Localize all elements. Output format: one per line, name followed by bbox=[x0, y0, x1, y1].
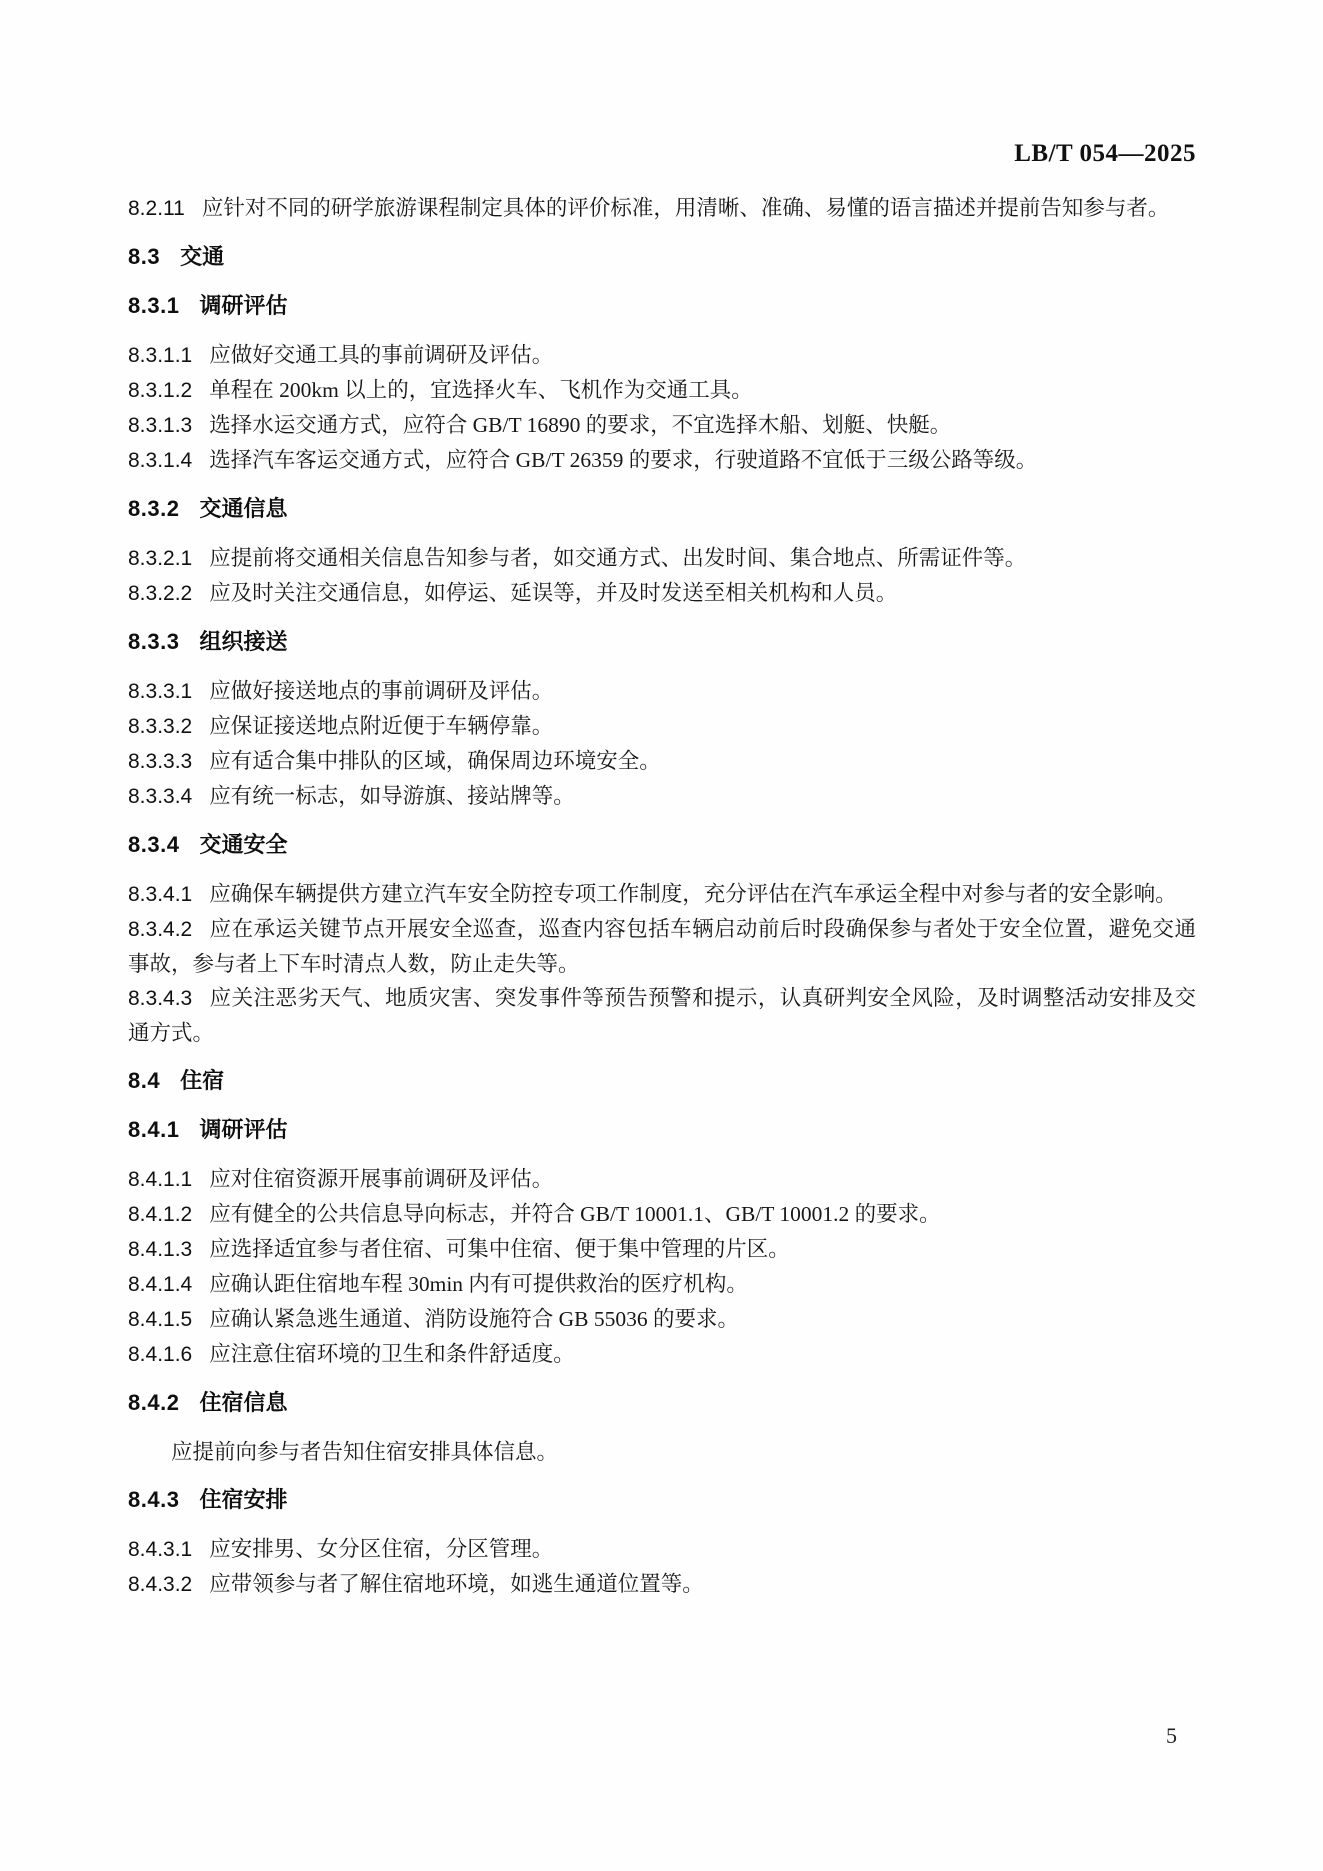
clause-text: 应选择适宜参与者住宿、可集中住宿、便于集中管理的片区。 bbox=[209, 1237, 790, 1261]
clause-number: 8.4.1.6 bbox=[128, 1343, 192, 1366]
heading-title: 调研评估 bbox=[199, 293, 287, 318]
clause-number: 8.4.1.3 bbox=[128, 1238, 192, 1261]
section-heading-8-4-1: 8.4.1调研评估 bbox=[128, 1113, 1196, 1147]
clause-8-3-2-2: 8.3.2.2应及时关注交通信息，如停运、延误等，并及时发送至相关机构和人员。 bbox=[128, 576, 1196, 611]
heading-title: 交通安全 bbox=[199, 832, 287, 857]
clause-number: 8.3.4.2 bbox=[128, 918, 192, 941]
clause-text: 应做好接送地点的事前调研及评估。 bbox=[209, 679, 553, 703]
clause-8-3-3-3: 8.3.3.3应有适合集中排队的区域，确保周边环境安全。 bbox=[128, 744, 1196, 779]
clause-number: 8.4.1.1 bbox=[128, 1168, 192, 1191]
document-body: 8.2.11应针对不同的研学旅游课程制定具体的评价标准，用清晰、准确、易懂的语言… bbox=[0, 167, 1323, 1602]
clause-number: 8.3.3.2 bbox=[128, 715, 192, 738]
clause-text: 应保证接送地点附近便于车辆停靠。 bbox=[209, 714, 553, 738]
section-heading-8-4-2: 8.4.2住宿信息 bbox=[128, 1386, 1196, 1420]
clause-text: 应有适合集中排队的区域，确保周边环境安全。 bbox=[209, 749, 661, 773]
heading-number: 8.4.1 bbox=[128, 1117, 179, 1142]
heading-number: 8.4.2 bbox=[128, 1390, 179, 1415]
heading-title: 调研评估 bbox=[199, 1117, 287, 1142]
document-page: LB/T 054—2025 8.2.11应针对不同的研学旅游课程制定具体的评价标… bbox=[0, 0, 1323, 1871]
clause-8-3-1-4: 8.3.1.4选择汽车客运交通方式，应符合 GB/T 26359 的要求，行驶道… bbox=[128, 443, 1196, 478]
heading-number: 8.3.1 bbox=[128, 293, 179, 318]
clause-8-4-1-3: 8.4.1.3应选择适宜参与者住宿、可集中住宿、便于集中管理的片区。 bbox=[128, 1232, 1196, 1267]
section-heading-8-3-3: 8.3.3组织接送 bbox=[128, 625, 1196, 659]
section-heading-8-4: 8.4住宿 bbox=[128, 1064, 1196, 1098]
clause-8-4-1-5: 8.4.1.5应确认紧急逃生通道、消防设施符合 GB 55036 的要求。 bbox=[128, 1302, 1196, 1337]
clause-8-2-11: 8.2.11应针对不同的研学旅游课程制定具体的评价标准，用清晰、准确、易懂的语言… bbox=[128, 191, 1196, 226]
heading-number: 8.3.4 bbox=[128, 832, 179, 857]
clause-text: 应及时关注交通信息，如停运、延误等，并及时发送至相关机构和人员。 bbox=[209, 581, 897, 605]
heading-title: 交通信息 bbox=[199, 496, 287, 521]
clause-text: 单程在 200km 以上的，宜选择火车、飞机作为交通工具。 bbox=[209, 378, 752, 402]
clause-8-4-1-2: 8.4.1.2应有健全的公共信息导向标志，并符合 GB/T 10001.1、GB… bbox=[128, 1197, 1196, 1232]
heading-number: 8.3.2 bbox=[128, 496, 179, 521]
heading-number: 8.3 bbox=[128, 244, 160, 269]
clause-number: 8.4.3.1 bbox=[128, 1538, 192, 1561]
clause-8-4-3-2: 8.4.3.2应带领参与者了解住宿地环境，如逃生通道位置等。 bbox=[128, 1567, 1196, 1602]
section-heading-8-3-4: 8.3.4交通安全 bbox=[128, 828, 1196, 862]
clause-text: 应关注恶劣天气、地质灾害、突发事件等预告预警和提示，认真研判安全风险，及时调整活… bbox=[128, 986, 1196, 1045]
clause-8-3-1-1: 8.3.1.1应做好交通工具的事前调研及评估。 bbox=[128, 338, 1196, 373]
clause-number: 8.3.1.1 bbox=[128, 344, 192, 367]
clause-number: 8.4.1.4 bbox=[128, 1273, 192, 1296]
clause-number: 8.3.4.1 bbox=[128, 883, 192, 906]
heading-number: 8.4.3 bbox=[128, 1487, 179, 1512]
clause-8-3-2-1: 8.3.2.1应提前将交通相关信息告知参与者，如交通方式、出发时间、集合地点、所… bbox=[128, 541, 1196, 576]
clause-8-4-3-1: 8.4.3.1应安排男、女分区住宿，分区管理。 bbox=[128, 1532, 1196, 1567]
clause-8-3-3-2: 8.3.3.2应保证接送地点附近便于车辆停靠。 bbox=[128, 709, 1196, 744]
heading-number: 8.4 bbox=[128, 1068, 160, 1093]
clause-text: 应确保车辆提供方建立汽车安全防控专项工作制度，充分评估在汽车承运全程中对参与者的… bbox=[209, 882, 1177, 906]
heading-title: 组织接送 bbox=[199, 629, 287, 654]
clause-number: 8.3.3.3 bbox=[128, 750, 192, 773]
page-number: 5 bbox=[1166, 1722, 1177, 1750]
clause-text: 应提前将交通相关信息告知参与者，如交通方式、出发时间、集合地点、所需证件等。 bbox=[209, 546, 1026, 570]
clause-number: 8.3.1.3 bbox=[128, 414, 192, 437]
clause-8-4-1-1: 8.4.1.1应对住宿资源开展事前调研及评估。 bbox=[128, 1162, 1196, 1197]
clause-text: 应有统一标志，如导游旗、接站牌等。 bbox=[209, 784, 575, 808]
section-heading-8-3-1: 8.3.1调研评估 bbox=[128, 289, 1196, 323]
clause-text: 应确认紧急逃生通道、消防设施符合 GB 55036 的要求。 bbox=[209, 1307, 739, 1331]
clause-text: 选择汽车客运交通方式，应符合 GB/T 26359 的要求，行驶道路不宜低于三级… bbox=[209, 448, 1037, 472]
clause-8-3-1-2: 8.3.1.2单程在 200km 以上的，宜选择火车、飞机作为交通工具。 bbox=[128, 373, 1196, 408]
clause-text: 应在承运关键节点开展安全巡查，巡查内容包括车辆启动前后时段确保参与者处于安全位置… bbox=[128, 917, 1196, 976]
clause-8-3-3-4: 8.3.3.4应有统一标志，如导游旗、接站牌等。 bbox=[128, 779, 1196, 814]
clause-number: 8.4.1.2 bbox=[128, 1203, 192, 1226]
clause-text: 应确认距住宿地车程 30min 内有可提供救治的医疗机构。 bbox=[209, 1272, 748, 1296]
clause-number: 8.3.3.4 bbox=[128, 785, 192, 808]
clause-8-4-1-6: 8.4.1.6应注意住宿环境的卫生和条件舒适度。 bbox=[128, 1337, 1196, 1372]
clause-8-3-4-1: 8.3.4.1应确保车辆提供方建立汽车安全防控专项工作制度，充分评估在汽车承运全… bbox=[128, 877, 1196, 912]
clause-text: 应针对不同的研学旅游课程制定具体的评价标准，用清晰、准确、易懂的语言描述并提前告… bbox=[202, 196, 1170, 220]
clause-number: 8.2.11 bbox=[128, 197, 185, 220]
section-heading-8-3-2: 8.3.2交通信息 bbox=[128, 492, 1196, 526]
clause-number: 8.3.3.1 bbox=[128, 680, 192, 703]
clause-text: 应带领参与者了解住宿地环境，如逃生通道位置等。 bbox=[209, 1572, 704, 1596]
clause-number: 8.3.2.2 bbox=[128, 582, 192, 605]
clause-text: 应有健全的公共信息导向标志，并符合 GB/T 10001.1、GB/T 1000… bbox=[209, 1202, 940, 1226]
clause-8-3-4-2: 8.3.4.2应在承运关键节点开展安全巡查，巡查内容包括车辆启动前后时段确保参与… bbox=[128, 912, 1196, 981]
clause-number: 8.3.1.4 bbox=[128, 449, 192, 472]
clause-8-3-1-3: 8.3.1.3选择水运交通方式，应符合 GB/T 16890 的要求，不宜选择木… bbox=[128, 408, 1196, 443]
clause-number: 8.3.2.1 bbox=[128, 547, 192, 570]
clause-8-3-4-3: 8.3.4.3应关注恶劣天气、地质灾害、突发事件等预告预警和提示，认真研判安全风… bbox=[128, 981, 1196, 1050]
clause-8-4-2-body: 应提前向参与者告知住宿安排具体信息。 bbox=[128, 1435, 1196, 1469]
clause-number: 8.4.3.2 bbox=[128, 1573, 192, 1596]
clause-text: 应安排男、女分区住宿，分区管理。 bbox=[209, 1537, 553, 1561]
clause-8-3-3-1: 8.3.3.1应做好接送地点的事前调研及评估。 bbox=[128, 674, 1196, 709]
section-heading-8-4-3: 8.4.3住宿安排 bbox=[128, 1483, 1196, 1517]
clause-number: 8.3.1.2 bbox=[128, 379, 192, 402]
clause-number: 8.4.1.5 bbox=[128, 1308, 192, 1331]
heading-title: 住宿安排 bbox=[199, 1487, 287, 1512]
clause-number: 8.3.4.3 bbox=[128, 987, 192, 1010]
clause-8-4-1-4: 8.4.1.4应确认距住宿地车程 30min 内有可提供救治的医疗机构。 bbox=[128, 1267, 1196, 1302]
heading-number: 8.3.3 bbox=[128, 629, 179, 654]
clause-text: 应注意住宿环境的卫生和条件舒适度。 bbox=[209, 1342, 575, 1366]
heading-title: 交通 bbox=[180, 244, 224, 269]
heading-title: 住宿信息 bbox=[199, 1390, 287, 1415]
heading-title: 住宿 bbox=[180, 1068, 224, 1093]
document-header-code: LB/T 054—2025 bbox=[0, 0, 1323, 167]
section-heading-8-3: 8.3交通 bbox=[128, 240, 1196, 274]
clause-text: 应做好交通工具的事前调研及评估。 bbox=[209, 343, 553, 367]
clause-text: 选择水运交通方式，应符合 GB/T 16890 的要求，不宜选择木船、划艇、快艇… bbox=[209, 413, 951, 437]
clause-text: 应对住宿资源开展事前调研及评估。 bbox=[209, 1167, 553, 1191]
